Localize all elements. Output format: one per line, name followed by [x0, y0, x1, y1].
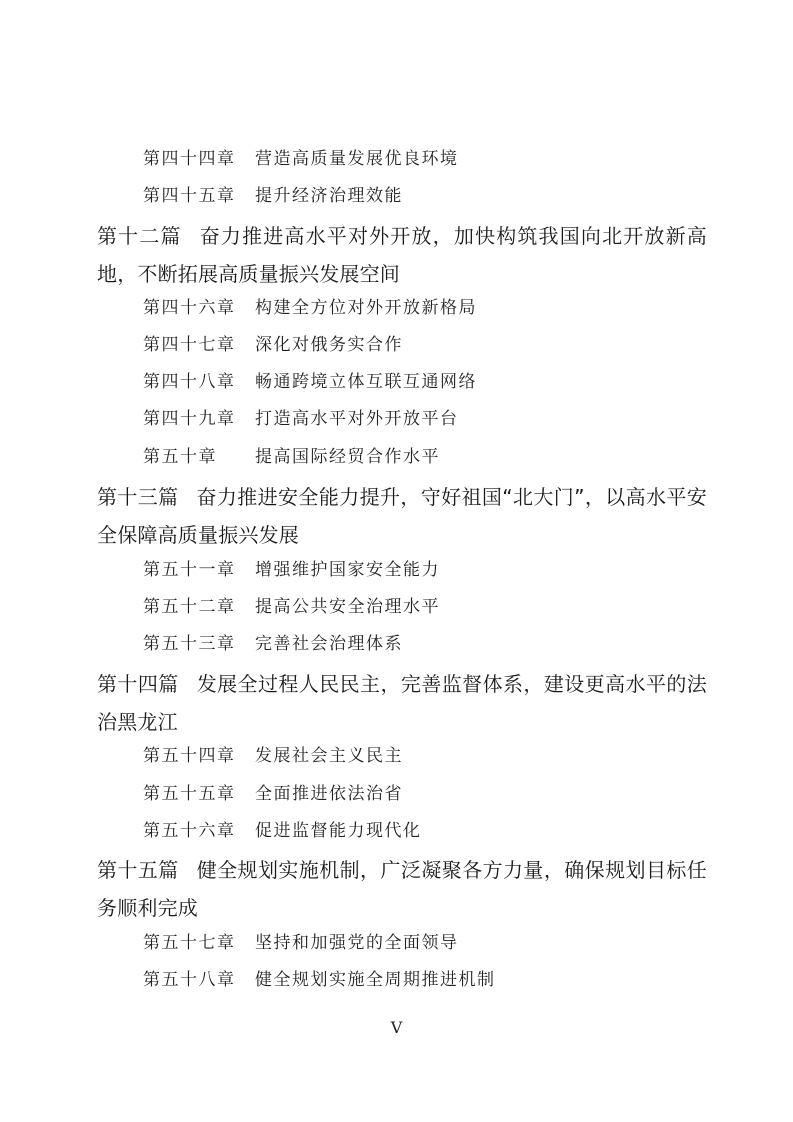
toc-chapter-48[interactable]: 第四十八章畅通跨境立体互联互通网络: [143, 371, 477, 393]
toc-chapter-51[interactable]: 第五十一章增强维护国家安全能力: [143, 559, 440, 581]
chapter-number: 第五十章: [143, 446, 255, 468]
chapter-number: 第五十五章: [143, 783, 255, 805]
part-title: 健全规划实施机制，广泛凝聚各方力量，确保规划目标任务顺利完成: [97, 858, 707, 920]
toc-chapter-47[interactable]: 第四十七章深化对俄务实合作: [143, 334, 403, 356]
chapter-number: 第四十六章: [143, 297, 255, 319]
chapter-number: 第四十五章: [143, 185, 255, 207]
document-page: 第四十四章营造高质量发展优良环境 第四十五章提升经济治理效能 第十二篇奋力推进高…: [0, 0, 793, 1122]
chapter-number: 第四十九章: [143, 408, 255, 430]
chapter-title: 增强维护国家安全能力: [255, 560, 440, 580]
toc-chapter-53[interactable]: 第五十三章完善社会治理体系: [143, 633, 403, 655]
chapter-title: 构建全方位对外开放新格局: [255, 298, 477, 318]
toc-chapter-50[interactable]: 第五十章提高国际经贸合作水平: [143, 446, 440, 468]
toc-part-13[interactable]: 第十三篇奋力推进安全能力提升，守好祖国“北大门”，以高水平安全保障高质量振兴发展: [97, 478, 707, 554]
toc-chapter-56[interactable]: 第五十六章促进监督能力现代化: [143, 820, 422, 842]
chapter-number: 第四十四章: [143, 148, 255, 170]
chapter-number: 第五十八章: [143, 969, 255, 991]
part-title: 奋力推进安全能力提升，守好祖国“北大门”，以高水平安全保障高质量振兴发展: [97, 485, 707, 547]
chapter-title: 坚持和加强党的全面领导: [255, 933, 459, 953]
toc-chapter-57[interactable]: 第五十七章坚持和加强党的全面领导: [143, 932, 459, 954]
chapter-title: 提高公共安全治理水平: [255, 597, 440, 617]
toc-chapter-46[interactable]: 第四十六章构建全方位对外开放新格局: [143, 297, 477, 319]
toc-part-12[interactable]: 第十二篇奋力推进高水平对外开放，加快构筑我国向北开放新高地，不断拓展高质量振兴发…: [97, 217, 707, 293]
chapter-number: 第五十三章: [143, 633, 255, 655]
part-number: 第十四篇: [97, 672, 179, 696]
chapter-title: 畅通跨境立体互联互通网络: [255, 372, 477, 392]
toc-part-15[interactable]: 第十五篇健全规划实施机制，广泛凝聚各方力量，确保规划目标任务顺利完成: [97, 851, 707, 927]
part-number: 第十三篇: [97, 485, 179, 509]
page-number: V: [0, 1018, 793, 1037]
toc-chapter-55[interactable]: 第五十五章全面推进依法治省: [143, 783, 403, 805]
part-number: 第十二篇: [97, 224, 182, 248]
chapter-number: 第四十七章: [143, 334, 255, 356]
chapter-title: 提高国际经贸合作水平: [255, 447, 440, 467]
chapter-title: 提升经济治理效能: [255, 186, 403, 206]
chapter-title: 打造高水平对外开放平台: [255, 409, 459, 429]
chapter-number: 第五十四章: [143, 745, 255, 767]
chapter-title: 完善社会治理体系: [255, 634, 403, 654]
toc-chapter-54[interactable]: 第五十四章发展社会主义民主: [143, 745, 403, 767]
chapter-title: 促进监督能力现代化: [255, 821, 422, 841]
chapter-number: 第五十七章: [143, 932, 255, 954]
toc-chapter-44[interactable]: 第四十四章营造高质量发展优良环境: [143, 148, 459, 170]
part-number: 第十五篇: [97, 858, 179, 882]
part-title: 发展全过程人民民主，完善监督体系，建设更高水平的法治黑龙江: [97, 672, 707, 734]
toc-chapter-52[interactable]: 第五十二章提高公共安全治理水平: [143, 596, 440, 618]
part-title: 奋力推进高水平对外开放，加快构筑我国向北开放新高地，不断拓展高质量振兴发展空间: [97, 224, 707, 286]
toc-chapter-49[interactable]: 第四十九章打造高水平对外开放平台: [143, 408, 459, 430]
chapter-title: 营造高质量发展优良环境: [255, 149, 459, 169]
chapter-title: 健全规划实施全周期推进机制: [255, 970, 496, 990]
toc-part-14[interactable]: 第十四篇发展全过程人民民主，完善监督体系，建设更高水平的法治黑龙江: [97, 665, 707, 741]
chapter-number: 第四十八章: [143, 371, 255, 393]
chapter-number: 第五十二章: [143, 596, 255, 618]
chapter-title: 全面推进依法治省: [255, 784, 403, 804]
chapter-title: 深化对俄务实合作: [255, 335, 403, 355]
chapter-title: 发展社会主义民主: [255, 746, 403, 766]
toc-chapter-45[interactable]: 第四十五章提升经济治理效能: [143, 185, 403, 207]
chapter-number: 第五十一章: [143, 559, 255, 581]
chapter-number: 第五十六章: [143, 820, 255, 842]
toc-chapter-58[interactable]: 第五十八章健全规划实施全周期推进机制: [143, 969, 496, 991]
